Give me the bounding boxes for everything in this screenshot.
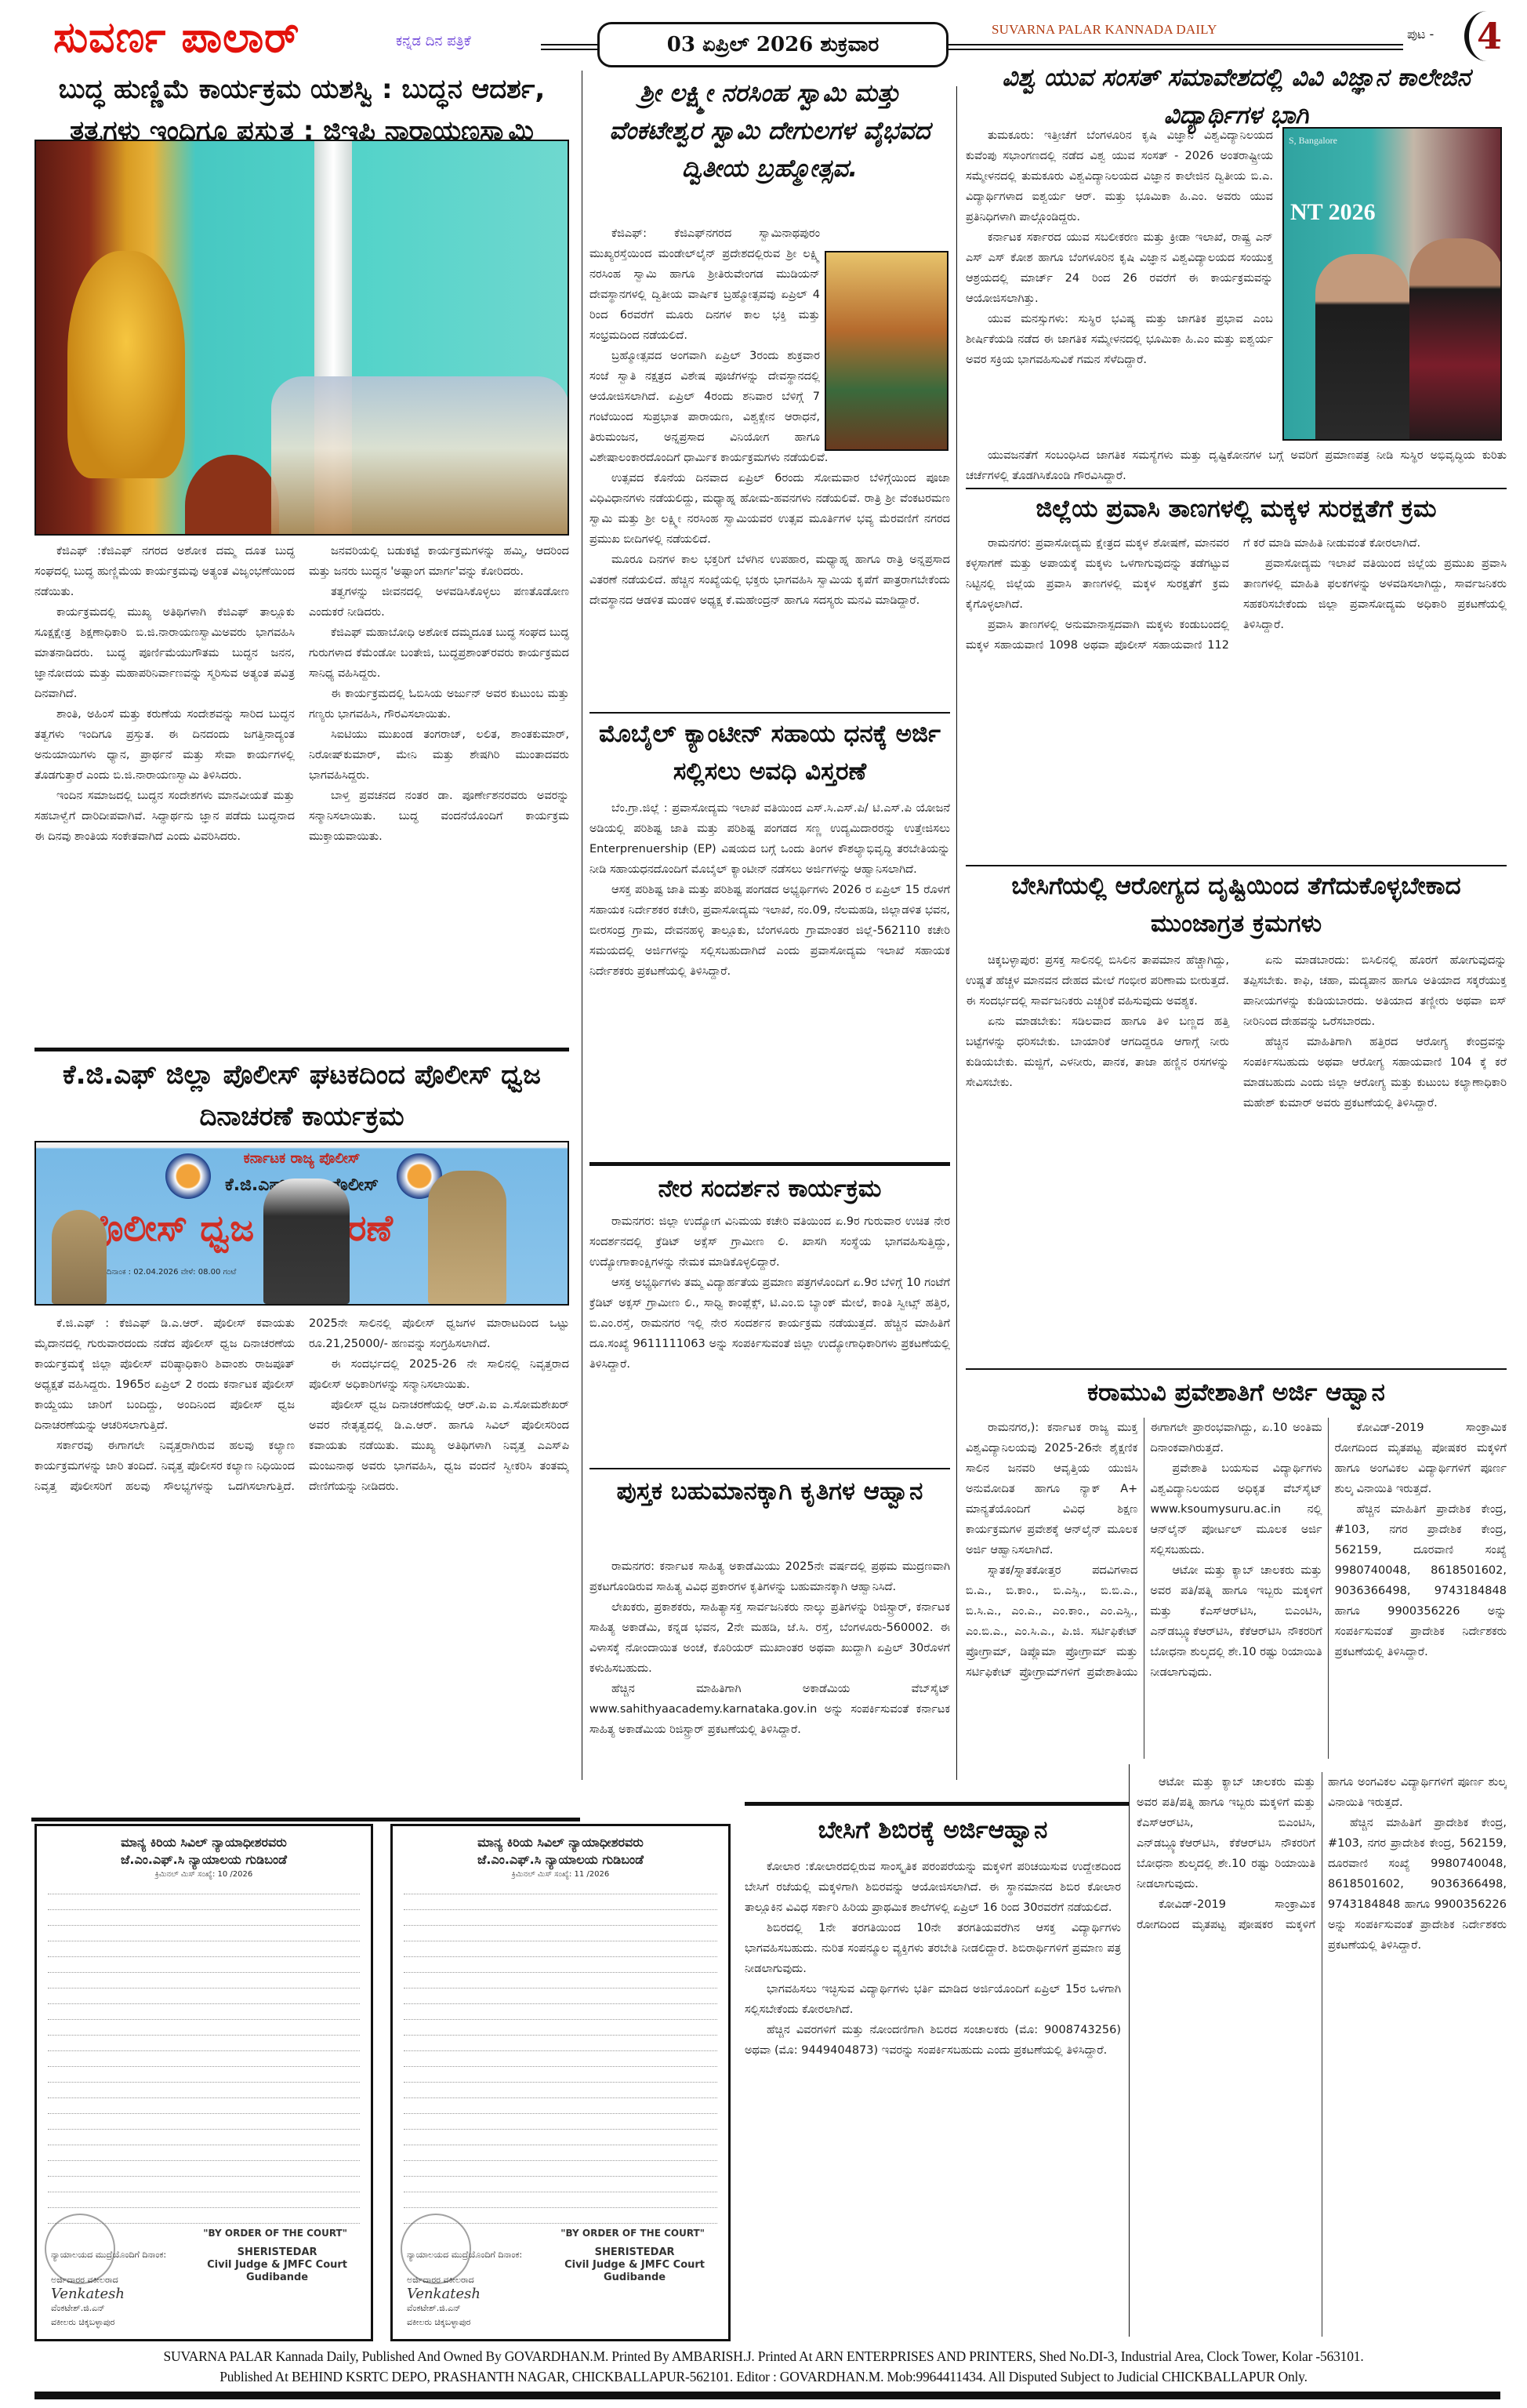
column-divider	[1129, 1764, 1130, 2337]
police-flag-day-photo: ಕರ್ನಾಟಕ ರಾಜ್ಯ ಪೊಲೀಸ್ ಕೆ.ಜಿ.ಎಫ್ ಜಿಲ್ಲಾ ಪೊ…	[34, 1141, 569, 1306]
article-body-child-safety: ರಾಮನಗರ: ಪ್ರವಾಸೋದ್ಯಮ ಕ್ಷೇತ್ರದ ಮಕ್ಕಳ ಶೋಷಣೆ…	[966, 533, 1507, 863]
photo-event-text: NT 2026	[1290, 199, 1376, 226]
notice-seal-line: ನ್ಯಾಯಾಲಯದ ಮುದ್ರೆಯೊಂದಿಗೆ ದಿನಾಂಕ:	[407, 2250, 522, 2261]
notice-body-lines	[48, 1883, 360, 2224]
column-divider	[582, 71, 582, 1780]
issue-date: 03 ಏಪ್ರಿಲ್ 2026 ಶುಕ್ರವಾರ	[597, 22, 948, 67]
headline-summer-camp: ಬೇಸಿಗೆ ಶಿಬಿರಕ್ಕೆ ಅರ್ಜಿಆಹ್ವಾನ	[745, 1811, 1121, 1849]
masthead: ಸುವರ್ಣ ಪಾಲಾರ್ ಕನ್ನಡ ದಿನ ಪತ್ರಿಕೆ 03 ಏಪ್ರಿ…	[0, 0, 1527, 64]
notice-title: ಮಾನ್ಯ ಕಿರಿಯ ಸಿವಿಲ್ ನ್ಯಾಯಾಧೀಶರವರು	[404, 1834, 717, 1851]
section-divider	[966, 865, 1507, 866]
court-notice-1: ಮಾನ್ಯ ಕಿರಿಯ ಸಿವಿಲ್ ನ್ಯಾಯಾಧೀಶರವರು ಜೆ.ಎಂ.ಎ…	[34, 1824, 373, 2341]
page-label: ಪುಟ -	[1407, 27, 1434, 42]
headline-child-safety: ಜಿಲ್ಲೆಯ ಪ್ರವಾಸಿ ತಾಣಗಳಲ್ಲಿ ಮಕ್ಕಳ ಸುರಕ್ಷತೆ…	[966, 490, 1507, 528]
by-order-of-court: "BY ORDER OF THE COURT"	[560, 2228, 705, 2239]
advocate-signature-block: ಅರ್ಜಿದಾರರ ವಕೀಲರಾದ Venkatesh ವೆಂಕಟೇಶ್.ಜಿ.…	[407, 2273, 481, 2330]
notice-seal-line: ನ್ಯಾಯಾಲಯದ ಮುದ್ರೆಯೊಂದಿಗೆ ದಿನಾಂಕ:	[51, 2250, 166, 2261]
guest-figure	[263, 1179, 350, 1304]
section-divider	[966, 1368, 1507, 1370]
headline-police-flag-day: ಕೆ.ಜಿ.ಎಫ್ ಜಿಲ್ಲಾ ಪೊಲೀಸ್ ಘಟಕದಿಂದ ಪೊಲೀಸ್ ಧ…	[34, 1055, 569, 1137]
officer-figure	[428, 1171, 506, 1304]
notice-title: ಜೆ.ಎಂ.ಎಫ್.ಸಿ ನ್ಯಾಯಾಲಯ ಗುಡಿಬಂಡೆ	[48, 1851, 360, 1869]
buddha-statue-shape	[67, 251, 185, 478]
advocate-signature-block: ಅರ್ಜಿದಾರರ ವಕೀಲರಾದ Venkatesh ವೆಂಕಟೇಶ್.ಜಿ.…	[51, 2273, 125, 2330]
section-divider	[589, 1468, 950, 1469]
people-figures	[271, 376, 569, 536]
section-divider	[966, 488, 1507, 489]
article-body-canteen: ಬೆಂ.ಗ್ರಾ.ಜಿಲ್ಲೆ : ಪ್ರವಾಸೋದ್ಯಮ ಇಲಾಖೆ ವತಿಯ…	[589, 798, 950, 1159]
section-divider	[31, 1818, 580, 1821]
advocate-signature: Venkatesh	[51, 2287, 125, 2301]
advocate-signature: Venkatesh	[407, 2287, 481, 2301]
notice-case-number: ಕ್ರಿಮಿನಲ್ ಮಿಸ್ ಸಂಖ್ಯೆ: 10 /2026	[48, 1870, 360, 1879]
sheristedar-stamp: SHERISTEDAR Civil Judge & JMFC Court Gud…	[207, 2246, 347, 2284]
headline-walk-in-interview: ನೇರ ಸಂದರ್ಶನ ಕಾರ್ಯಕ್ರಮ	[589, 1170, 950, 1208]
article-body-summer-health: ಚಿಕ್ಕಬಳ್ಳಾಪುರ: ಪ್ರಸಕ್ತ ಸಾಲಿನಲ್ಲಿ ಬಿಸಿಲಿನ…	[966, 950, 1507, 1350]
student-figure	[1315, 254, 1409, 441]
monk-figure	[185, 455, 279, 536]
article-body-ksou-admission: ರಾಮನಗರ,): ಕರ್ನಾಟಕ ರಾಜ್ಯ ಮುಕ್ತ ವಿಶ್ವವಿದ್ಯ…	[966, 1418, 1507, 1759]
footer-rule	[34, 2392, 1500, 2399]
notice-body-lines	[404, 1883, 717, 2224]
section-divider	[589, 712, 950, 714]
imprint-line-1: SUVARNA PALAR Kannada Daily, Published A…	[0, 2346, 1527, 2366]
headline-youth-parliament: ವಿಶ್ವ ಯುವ ಸಂಸತ್ ಸಮಾವೇಶದಲ್ಲಿ ವಿವಿ ವಿಜ್ಞಾನ…	[966, 59, 1507, 134]
banner-caption: ದಿನಾಂಕ : 02.04.2026 ವೇಳೆ: 08.00 ಗಂಟೆ	[107, 1268, 236, 1277]
students-photo: S, Bangalore NT 2026	[1282, 127, 1502, 441]
newspaper-logo: ಸುವರ್ಣ ಪಾಲಾರ್	[53, 13, 300, 63]
notice-title: ಜೆ.ಎಂ.ಎಫ್.ಸಿ ನ್ಯಾಯಾಲಯ ಗುಡಿಬಂಡೆ	[404, 1851, 717, 1869]
section-divider	[589, 1162, 950, 1166]
article-body-summer-camp: ಕೋಲಾರ :ಕೋಲಾರದಲ್ಲಿರುವ ಸಾಂಸ್ಕೃತಿಕ ಪರಂಪರೆಯನ…	[745, 1857, 1121, 2337]
masthead-rule	[948, 44, 1403, 50]
article-body-police: ಕೆ.ಜಿ.ಎಫ್ : ಕೆಜಿಎಫ್ ಡಿ.ಎ.ಆರ್. ಪೊಲೀಸ್ ಕವಾ…	[34, 1313, 569, 1776]
headline-book-award: ಪುಸ್ತಕ ಬಹುಮಾನಕ್ಕಾಗಿ ಕೃತಿಗಳ ಆಹ್ವಾನ	[589, 1473, 950, 1510]
page-number-badge: 4	[1464, 11, 1510, 61]
photo-float-spacer	[820, 223, 950, 447]
article-body-recruitment: ರಾಮನಗರ: ಜಿಲ್ಲಾ ಉದ್ಯೋಗ ವಿನಿಮಯ ಕಚೇರಿ ವತಿಯಿ…	[589, 1211, 950, 1462]
masthead-rule	[541, 44, 597, 50]
headline-mobile-canteen: ಮೊಬೈಲ್ ಕ್ಯಾಂಟೀನ್ ಸಹಾಯ ಧನಕ್ಕೆ ಅರ್ಜಿ ಸಲ್ಲಿ…	[589, 715, 950, 790]
article-body-book-award: ರಾಮನಗರ: ಕರ್ನಾಟಕ ಸಾಹಿತ್ಯ ಅಕಾಡೆಮಿಯು 2025ನೇ…	[589, 1556, 950, 1780]
column-divider	[956, 86, 957, 1780]
headline-temple-brahmotsava: ಶ್ರೀ ಲಕ್ಷ್ಮೀ ನರಸಿಂಹ ಸ್ವಾಮಿ ಮತ್ತು ವೆಂಕಟೇಶ…	[589, 74, 950, 187]
notice-title: ಮಾನ್ಯ ಕಿರಿಯ ಸಿವಿಲ್ ನ್ಯಾಯಾಧೀಶರವರು	[48, 1834, 360, 1851]
student-figure	[1409, 238, 1502, 441]
imprint-footer: SUVARNA PALAR Kannada Daily, Published A…	[0, 2346, 1527, 2387]
daily-name: SUVARNA PALAR KANNADA DAILY	[992, 22, 1217, 38]
officer-figure	[52, 1210, 107, 1304]
court-notice-2: ಮಾನ್ಯ ಕಿರಿಯ ಸಿವಿಲ್ ನ್ಯಾಯಾಧೀಶರವರು ಜೆ.ಎಂ.ಎ…	[390, 1824, 731, 2341]
notice-case-number: ಕ್ರಿಮಿನಲ್ ಮಿಸ್ ಸಂಖ್ಯೆ: 11 /2026	[404, 1870, 717, 1879]
newspaper-tagline: ಕನ್ನಡ ದಿನ ಪತ್ರಿಕೆ	[396, 33, 471, 49]
sheristedar-stamp: SHERISTEDAR Civil Judge & JMFC Court Gud…	[564, 2246, 705, 2284]
article-body-ksou-admission-cont: ಆಟೋ ಮತ್ತು ಕ್ಯಾಬ್ ಚಾಲಕರು ಮತ್ತು ಅವರ ಪತಿ/ಪತ…	[1137, 1772, 1507, 2337]
by-order-of-court: "BY ORDER OF THE COURT"	[203, 2228, 347, 2239]
article-body-temple: ಕೆಜಿಎಫ್: ಕೆಜಿಎಫ್‌ನಗರದ ಸ್ವಾಮಿನಾಥಪುರಂ ಮುಖ್…	[589, 223, 950, 706]
imprint-line-2: Published At BEHIND KSRTC DEPO, PRASHANT…	[0, 2366, 1527, 2387]
photo-banner-text: S, Bangalore	[1289, 135, 1337, 147]
section-divider	[745, 1802, 1129, 1806]
article-body-youth-parliament-cont: ಯುವಜನತೆಗೆ ಸಂಬಂಧಿಸಿದ ಜಾಗತಿಕ ಸಮಸ್ಯೆಗಳು ಮತ್…	[966, 445, 1507, 486]
article-body-buddha: ಕೆಜಿಎಫ್ :ಕೆಜಿಎಫ್ ನಗರದ ಅಶೋಕ ದಮ್ಮ ದೂತ ಬುದ್…	[34, 541, 569, 1035]
headline-ksou-admission: ಕರಾಮುವಿ ಪ್ರವೇಶಾತಿಗೆ ಅರ್ಜಿ ಆಹ್ವಾನ	[966, 1374, 1507, 1411]
banner-text: ಕರ್ನಾಟಕ ರಾಜ್ಯ ಪೊಲೀಸ್	[36, 1150, 568, 1167]
buddha-purnima-photo	[34, 140, 569, 536]
article-body-youth-parliament: ತುಮಕೂರು: ಇತ್ತೀಚೆಗೆ ಬೆಂಗಳೂರಿನ ಕೃಷಿ ವಿಜ್ಞಾ…	[966, 125, 1273, 455]
section-divider	[34, 1048, 569, 1051]
headline-summer-health: ಬೇಸಿಗೆಯಲ್ಲಿ ಆರೋಗ್ಯದ ದೃಷ್ಟಿಯಿಂದ ತೆಗೆದುಕೊಳ…	[966, 867, 1507, 942]
